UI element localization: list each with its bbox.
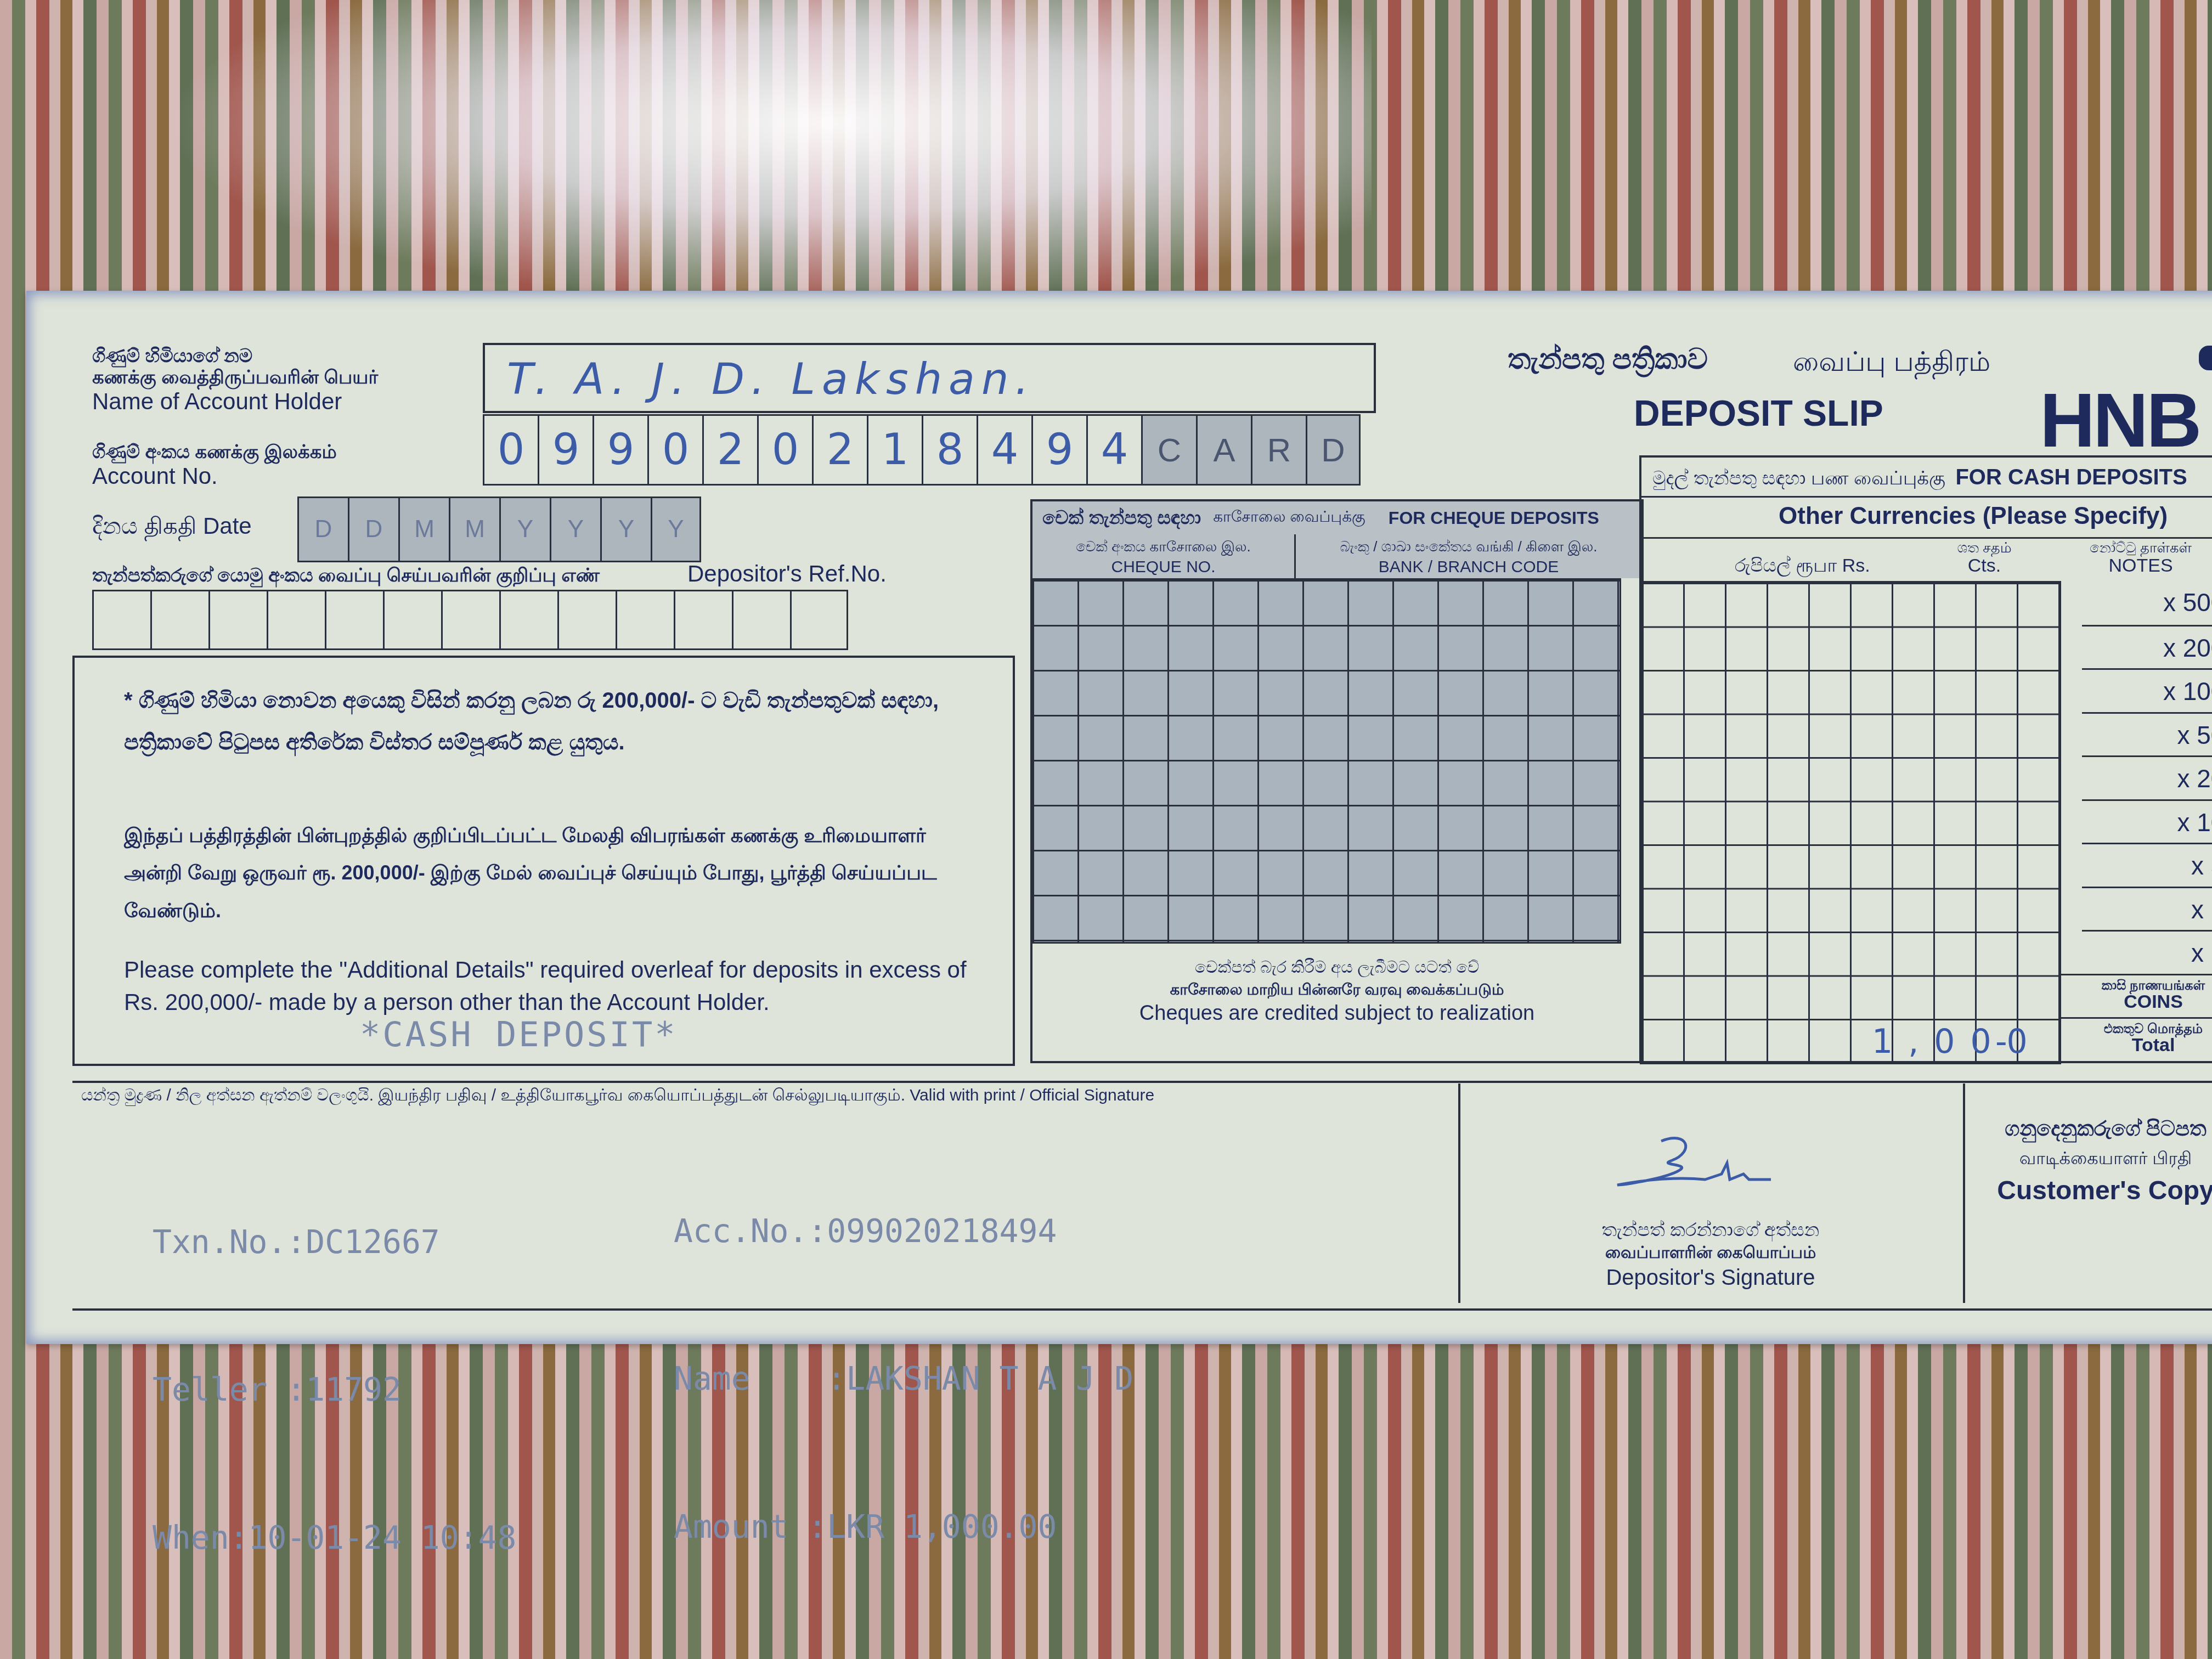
account-digit: 9: [1046, 425, 1074, 475]
signature-label-si: තැන්පත් කරන්නාගේ අත්සන: [1458, 1218, 1963, 1242]
copy-label-ta: வாடிக்கையாளர் பிரதி: [1968, 1145, 2212, 1171]
cheque-footer-si: චෙක්පත් බැර කිරීම අය ලැබීමට යටත් වේ: [1032, 957, 1641, 979]
account-number-field[interactable]: 099020218494CARD: [483, 414, 1361, 486]
card-letter: C: [1158, 431, 1181, 469]
card-letter: A: [1213, 431, 1235, 469]
cheque-footer-ta: காசோலை மாறிய பின்னரே வரவு வைக்கப்படும்: [1032, 979, 1641, 1000]
account-digit-cell[interactable]: 0: [483, 414, 538, 486]
ref-no-cell[interactable]: [674, 590, 732, 650]
account-digit: 0: [662, 425, 690, 475]
bank-code-label-si: බැංකු / ශාඛා සංකේතය வங்கி / கிளை இல.: [1296, 538, 1641, 556]
card-letter-cell: R: [1251, 414, 1306, 486]
account-digit: 4: [1101, 425, 1128, 475]
date-cell-placeholder: D: [315, 516, 332, 543]
signature-scribble-icon: [1612, 1130, 1787, 1196]
account-digit: 0: [498, 425, 525, 475]
hnb-logo: HNB: [2040, 376, 2199, 465]
notice-si: * ගිණුම් හිමියා නොවන අයෙකු විසින් කරනු ල…: [124, 680, 969, 763]
date-cell[interactable]: M: [449, 496, 499, 562]
denomination-label: x 2000: [2082, 625, 2212, 669]
receipt-acc-no: Acc.No.:099020218494: [674, 1207, 1133, 1256]
cheque-no-label-si: චෙක් අංකය காசோலை இல.: [1032, 538, 1294, 556]
date-cell-placeholder: Y: [618, 516, 634, 543]
card-letter-cell: D: [1306, 414, 1361, 486]
date-cell-placeholder: M: [414, 516, 435, 543]
ref-no-cell[interactable]: [267, 590, 325, 650]
teller-print-right: Acc.No.:099020218494 Name :LAKSHAN T A J…: [674, 1108, 1133, 1651]
ref-no-cell[interactable]: [92, 590, 150, 650]
account-digit: 4: [991, 425, 1019, 475]
account-digit: 9: [607, 425, 635, 475]
account-digit-cell[interactable]: 9: [592, 414, 647, 486]
denomination-label: x 50: [2082, 843, 2212, 887]
teller-print-left: Txn.No.:DC12667 Teller :11792 When:10-01…: [153, 1119, 516, 1659]
rupees-label: රුපියල් ரூபா Rs.: [1735, 555, 1870, 579]
ref-no-cell[interactable]: [499, 590, 557, 650]
date-cell-placeholder: Y: [668, 516, 684, 543]
copy-label-si: ගනුදෙනුකරුගේ පිටපත: [1968, 1114, 2212, 1145]
cheque-header-en: FOR CHEQUE DEPOSITS: [1389, 508, 1599, 528]
account-digit-cell[interactable]: 2: [812, 414, 867, 486]
title-ta: வைப்பு பத்திரம்: [1793, 346, 1990, 381]
card-letter: R: [1267, 431, 1291, 469]
customer-copy-label: ගනුදෙනුකරුගේ පිටපත வாடிக்கையாளர் பிரதி C…: [1968, 1114, 2212, 1211]
account-digit-cell[interactable]: 8: [922, 414, 977, 486]
cents-label-si: ශත சதம்: [1949, 540, 2020, 556]
total-label-en: Total: [2060, 1036, 2212, 1056]
account-digit: 2: [717, 425, 744, 475]
date-cell-placeholder: D: [365, 516, 383, 543]
validity-note: යන්ත්‍ර මුද්‍රණ / නිල අත්සන ඇත්නම් වලංගු…: [81, 1086, 1154, 1107]
label-si: ගිණුම් හිමියාගේ නම: [92, 346, 378, 367]
ref-no-cell[interactable]: [732, 590, 790, 650]
date-cell-placeholder: M: [465, 516, 485, 543]
account-digit: 2: [827, 425, 854, 475]
txn-no: Txn.No.:DC12667: [153, 1218, 516, 1267]
cash-entry-grid[interactable]: [1640, 581, 2061, 1064]
ref-no-cell[interactable]: [325, 590, 383, 650]
account-holder-label: ගිණුම් හිමියාගේ නම கணக்கு வைத்திருப்பவரி…: [92, 346, 378, 415]
depositor-signature-area[interactable]: තැන්පත් කරන්නාගේ අත්සන வைப்பாளரின் கையொப…: [1458, 1081, 1963, 1311]
notes-label: NOTES: [2058, 556, 2212, 576]
cash-section: මුදල් තැන්පතු සඳහා பண வைப்புக்கு FOR CAS…: [1639, 455, 2212, 1063]
date-cell[interactable]: M: [398, 496, 449, 562]
notice-en: Please complete the "Additional Details"…: [124, 954, 980, 1019]
txn-datetime: When:10-01-24 10:48: [153, 1514, 516, 1563]
account-digit-cell[interactable]: 0: [757, 414, 812, 486]
coins-label-si: කාසි நாணயங்கள்: [2060, 979, 2212, 992]
signature-label: Depositor's Signature: [1458, 1263, 1963, 1292]
date-cell[interactable]: D: [297, 496, 348, 562]
cheque-header-ta: காசோலை வைப்புக்கு: [1213, 508, 1365, 528]
denomination-label: x 5000: [2082, 581, 2212, 625]
date-field[interactable]: DDMMYYYY: [297, 496, 701, 562]
teller-id: Teller :11792: [153, 1365, 516, 1415]
account-holder-name-value: T. A. J. D. Lakshan.: [507, 355, 1035, 404]
label-ta: கணக்கு வைத்திருப்பவரின் பெயர்: [92, 367, 378, 388]
receipt-amount: Amount :LKR 1,000.00: [674, 1503, 1133, 1552]
deposit-slip: ගිණුම් හිමියාගේ නම கணக்கு வைத்திருப்பவரி…: [26, 291, 2212, 1344]
depositor-ref-field[interactable]: [92, 590, 848, 650]
notice-box: * ගිණුම් හිමියා නොවන අයෙකු විසින් කරනු ල…: [72, 656, 1015, 1066]
denomination-label: x 10: [2082, 930, 2212, 974]
cash-deposit-stamp: *CASH DEPOSIT*: [360, 1014, 678, 1054]
card-letter-cell: C: [1141, 414, 1196, 486]
date-label: දිනය திகதி Date: [92, 513, 252, 543]
account-digit-cell[interactable]: 0: [647, 414, 702, 486]
denomination-label: x 1000: [2082, 668, 2212, 712]
ref-no-cell[interactable]: [557, 590, 616, 650]
coins-label: කාසි நாணயங்கள்COINS: [2060, 974, 2212, 1018]
date-cell[interactable]: Y: [550, 496, 600, 562]
ref-no-cell[interactable]: [441, 590, 499, 650]
account-digit-cell[interactable]: 2: [702, 414, 757, 486]
ref-no-cell[interactable]: [616, 590, 674, 650]
account-no-label: ගිණුම් අංකය கணக்கு இலக்கம் Account No.: [92, 442, 337, 489]
account-digit-cell[interactable]: 4: [977, 414, 1031, 486]
total-amount-value: 1,000: [1872, 1023, 2043, 1061]
cheque-entry-grid[interactable]: [1031, 578, 1621, 944]
account-digit: 0: [772, 425, 799, 475]
logo-accent-icon: [2199, 346, 2212, 370]
label-en: Name of Account Holder: [92, 388, 378, 415]
account-digit-cell[interactable]: 1: [867, 414, 922, 486]
notice-ta: இந்தப் பத்திரத்தின் பின்புறத்தில் குறிப்…: [124, 817, 980, 929]
ref-label-en: Depositor's Ref.No.: [687, 561, 887, 587]
coins-label-en: COINS: [2060, 992, 2212, 1012]
account-holder-name-field[interactable]: T. A. J. D. Lakshan.: [483, 343, 1376, 413]
denomination-label: x 20: [2082, 887, 2212, 930]
denomination-label: x 500: [2082, 712, 2212, 756]
receipt-name: Name :LAKSHAN T A J D: [674, 1355, 1133, 1404]
date-cell[interactable]: Y: [651, 496, 701, 562]
total-label-si: එකතුව மொத்தம்: [2060, 1022, 2212, 1036]
ref-label-si-ta: තැන්පත්කරුගේ යොමු අංකය வைப்பு செய்பவரின்…: [92, 565, 600, 589]
account-digit-cell[interactable]: 9: [1031, 414, 1086, 486]
account-digit: 9: [552, 425, 580, 475]
ref-no-cell[interactable]: [790, 590, 848, 650]
light-glare: [165, 0, 1372, 307]
card-letter: D: [1321, 431, 1345, 469]
account-digit: 8: [936, 425, 964, 475]
copy-label: Customer's Copy: [1968, 1171, 2212, 1211]
signature-label-ta: வைப்பாளரின் கையொப்பம்: [1458, 1242, 1963, 1263]
notes-label-si: නෝට්ටු தாள்கள்: [2058, 540, 2212, 556]
account-digit-cell[interactable]: 9: [538, 414, 592, 486]
account-digit-cell[interactable]: 4: [1086, 414, 1141, 486]
ref-no-cell[interactable]: [150, 590, 208, 650]
date-cell[interactable]: D: [348, 496, 398, 562]
label-en: Account No.: [92, 463, 337, 489]
denomination-label: x 200: [2082, 755, 2212, 799]
cash-header-si-ta: මුදල් තැන්පතු සඳහා பண வைப்புக்கு: [1652, 468, 1945, 489]
date-cell-placeholder: Y: [517, 516, 533, 543]
label-si: ගිණුම් අංකය கணக்கு இலக்கம்: [92, 442, 337, 463]
total-label: එකතුව மொத்தம்Total: [2060, 1017, 2212, 1061]
total-cents-value: -: [1995, 1023, 2007, 1061]
cents-label: Cts.: [1949, 556, 2020, 576]
cash-header-en: FOR CASH DEPOSITS: [1955, 465, 2187, 489]
date-cell[interactable]: Y: [499, 496, 550, 562]
title-si: තැන්පතු පත්‍රිකාව: [1508, 343, 1708, 376]
date-cell[interactable]: Y: [600, 496, 651, 562]
cheque-footer-en: Cheques are credited subject to realizat…: [1032, 1000, 1641, 1028]
cheque-header-si: චෙක් තැන්පතු සඳහා: [1042, 507, 1201, 529]
date-cell-placeholder: Y: [568, 516, 584, 543]
cheque-section: චෙක් තැන්පතු සඳහා காசோலை வைப்புக்கு FOR …: [1030, 499, 1644, 1063]
title-en: DEPOSIT SLIP: [1634, 392, 1883, 434]
denomination-label: x 100: [2082, 799, 2212, 843]
ref-no-cell[interactable]: [208, 590, 267, 650]
other-currencies-label: Other Currencies (Please Specify): [1779, 503, 2168, 530]
ref-no-cell[interactable]: [383, 590, 441, 650]
account-digit: 1: [882, 425, 909, 475]
cheque-no-label: CHEQUE NO.: [1032, 556, 1294, 578]
denominations-column: x 5000x 2000x 1000x 500x 200x 100x 50x 2…: [2058, 581, 2212, 1061]
card-letter-cell: A: [1196, 414, 1251, 486]
bank-code-label: BANK / BRANCH CODE: [1296, 556, 1641, 578]
